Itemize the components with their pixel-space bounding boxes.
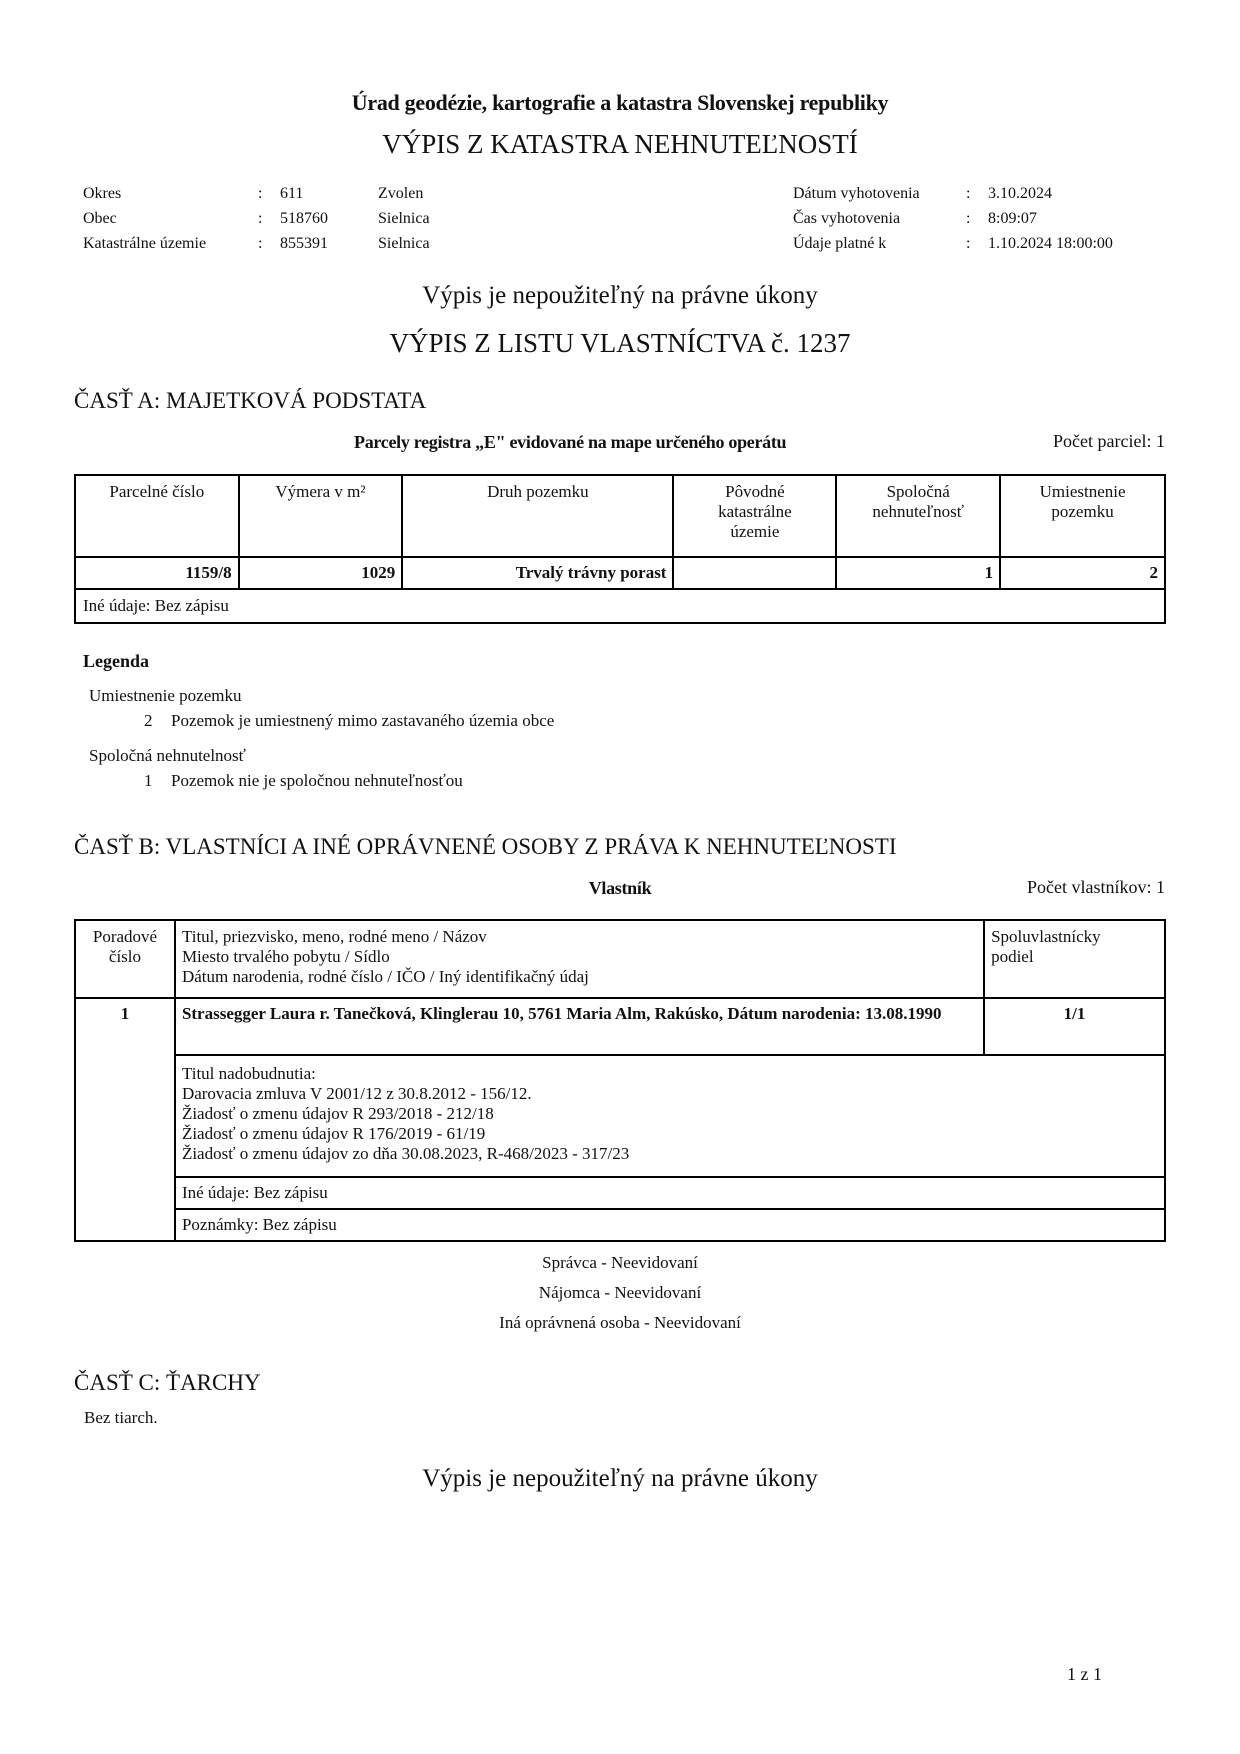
parcel-location: 2 [1000,557,1165,589]
part-c-heading: ČASŤ C: ŤARCHY [74,1370,261,1396]
other-data-row: Iné údaje: Bez zápisu [75,1177,1165,1209]
original-cadastre [673,557,836,589]
meta-code: 855391 [280,231,328,256]
owner-details: Strassegger Laura r. Tanečková, Klingler… [175,998,984,1055]
tenant-status: Nájomca - Neevidovaní [0,1283,1240,1303]
legend-group-name: Spoločná nehnutelnosť [89,746,246,766]
legend-group-name: Umiestnenie pozemku [89,686,242,706]
column-header-order: Poradové číslo [75,920,175,998]
parcel-area: 1029 [239,557,403,589]
acquisition-row: Titul nadobudnutia: Darovacia zmluva V 2… [75,1055,1165,1177]
page-number: 1 z 1 [1067,1664,1102,1685]
column-header: Spoločná nehnuteľnosť [836,475,1000,557]
meta-label: Katastrálne územie [83,231,206,256]
column-header: Parcelné číslo [75,475,239,557]
agency-name: Úrad geodézie, kartografie a katastra Sl… [0,90,1240,116]
table-row: 1159/8 1029 Trvalý trávny porast 1 2 [75,557,1165,589]
column-header-text: Spoluvlastnícky podiel [991,927,1131,967]
column-header-line: Miesto trvalého pobytu / Sídlo [182,947,983,967]
owner-other-data: Iné údaje: Bez zápisu [175,1177,1165,1209]
meta-label: Dátum vyhotovenia [793,181,920,206]
table-row-other: Iné údaje: Bez zápisu [75,589,1165,623]
meta-name: Sielnica [378,206,430,231]
meta-colon: : [966,181,970,206]
common-property: 1 [836,557,1000,589]
meta-label: Čas vyhotovenia [793,206,900,231]
meta-label: Okres [83,181,121,206]
parcels-subheading: Parcely registra „E" evidované na mape u… [354,432,786,453]
owner-notes: Poznámky: Bez zápisu [175,1209,1165,1241]
parcels-table: Parcelné číslo Výmera v m² Druh pozemku … [74,474,1166,624]
notes-row: Poznámky: Bez zápisu [75,1209,1165,1241]
ownership-sheet-title: VÝPIS Z LISTU VLASTNÍCTVA č. 1237 [0,328,1240,359]
owner-count: Počet vlastníkov: 1 [1027,877,1165,898]
administrator-status: Správca - Neevidovaní [0,1253,1240,1273]
document-title: VÝPIS Z KATASTRA NEHNUTEĽNOSTÍ [0,129,1240,160]
table-header-row: Poradové číslo Titul, priezvisko, meno, … [75,920,1165,998]
acquisition-item: Žiadosť o zmenu údajov R 293/2018 - 212/… [182,1104,1164,1124]
column-header-text: Poradové číslo [85,927,165,967]
legend-code: 1 [144,771,153,791]
column-header-share: Spoluvlastnícky podiel [984,920,1165,998]
acquisition-item: Žiadosť o zmenu údajov zo dňa 30.08.2023… [182,1144,1164,1164]
table-header-row: Parcelné číslo Výmera v m² Druh pozemku … [75,475,1165,557]
acquisition-label: Titul nadobudnutia: [182,1064,1164,1084]
table-row: 1 Strassegger Laura r. Tanečková, Klingl… [75,998,1165,1055]
column-header-text: Pôvodné katastrálne územie [700,482,810,542]
footer-warning: Výpis je nepoužiteľný na právne úkony [0,1465,1240,1493]
legend-text: Pozemok nie je spoločnou nehnuteľnosťou [171,771,463,791]
column-header-text: Spoločná nehnuteľnosť [858,482,978,522]
meta-name: Zvolen [378,181,423,206]
meta-value: 3.10.2024 [988,181,1052,206]
column-header: Umiestnenie pozemku [1000,475,1165,557]
legend-code: 2 [144,711,153,731]
owners-table: Poradové číslo Titul, priezvisko, meno, … [74,919,1166,1242]
meta-colon: : [258,181,262,206]
parcel-count: Počet parciel: 1 [1053,431,1165,452]
column-header: Druh pozemku [402,475,673,557]
column-header-line: Dátum narodenia, rodné číslo / IČO / Iný… [182,967,983,987]
meta-code: 611 [280,181,303,206]
part-b-heading: ČASŤ B: VLASTNÍCI A INÉ OPRÁVNENÉ OSOBY … [74,834,897,860]
owner-share: 1/1 [984,998,1165,1055]
acquisition-item: Žiadosť o zmenu údajov R 176/2019 - 61/1… [182,1124,1164,1144]
land-type: Trvalý trávny porast [402,557,673,589]
meta-value: 8:09:07 [988,206,1037,231]
acquisition-item: Darovacia zmluva V 2001/12 z 30.8.2012 -… [182,1084,1164,1104]
meta-label: Údaje platné k [793,231,886,256]
meta-colon: : [966,206,970,231]
meta-code: 518760 [280,206,328,231]
meta-colon: : [258,231,262,256]
column-header-line: Titul, priezvisko, meno, rodné meno / Ná… [182,927,983,947]
parcel-number: 1159/8 [75,557,239,589]
encumbrances-text: Bez tiarch. [84,1408,158,1428]
meta-colon: : [258,206,262,231]
other-authorized-status: Iná oprávnená osoba - Neevidovaní [0,1313,1240,1333]
column-header: Pôvodné katastrálne územie [673,475,836,557]
other-data: Iné údaje: Bez zápisu [75,589,1165,623]
legend-text: Pozemok je umiestnený mimo zastavaného ú… [171,711,554,731]
legend-title: Legenda [83,651,149,672]
column-header-text: Umiestnenie pozemku [1028,482,1138,522]
not-valid-warning: Výpis je nepoužiteľný na právne úkony [0,282,1240,310]
owner-order: 1 [75,998,175,1241]
meta-name: Sielnica [378,231,430,256]
meta-colon: : [966,231,970,256]
column-header: Výmera v m² [239,475,403,557]
meta-label: Obec [83,206,117,231]
part-a-heading: ČASŤ A: MAJETKOVÁ PODSTATA [74,388,426,414]
meta-value: 1.10.2024 18:00:00 [988,231,1113,256]
acquisition-titles: Titul nadobudnutia: Darovacia zmluva V 2… [175,1055,1165,1177]
column-header-details: Titul, priezvisko, meno, rodné meno / Ná… [175,920,984,998]
